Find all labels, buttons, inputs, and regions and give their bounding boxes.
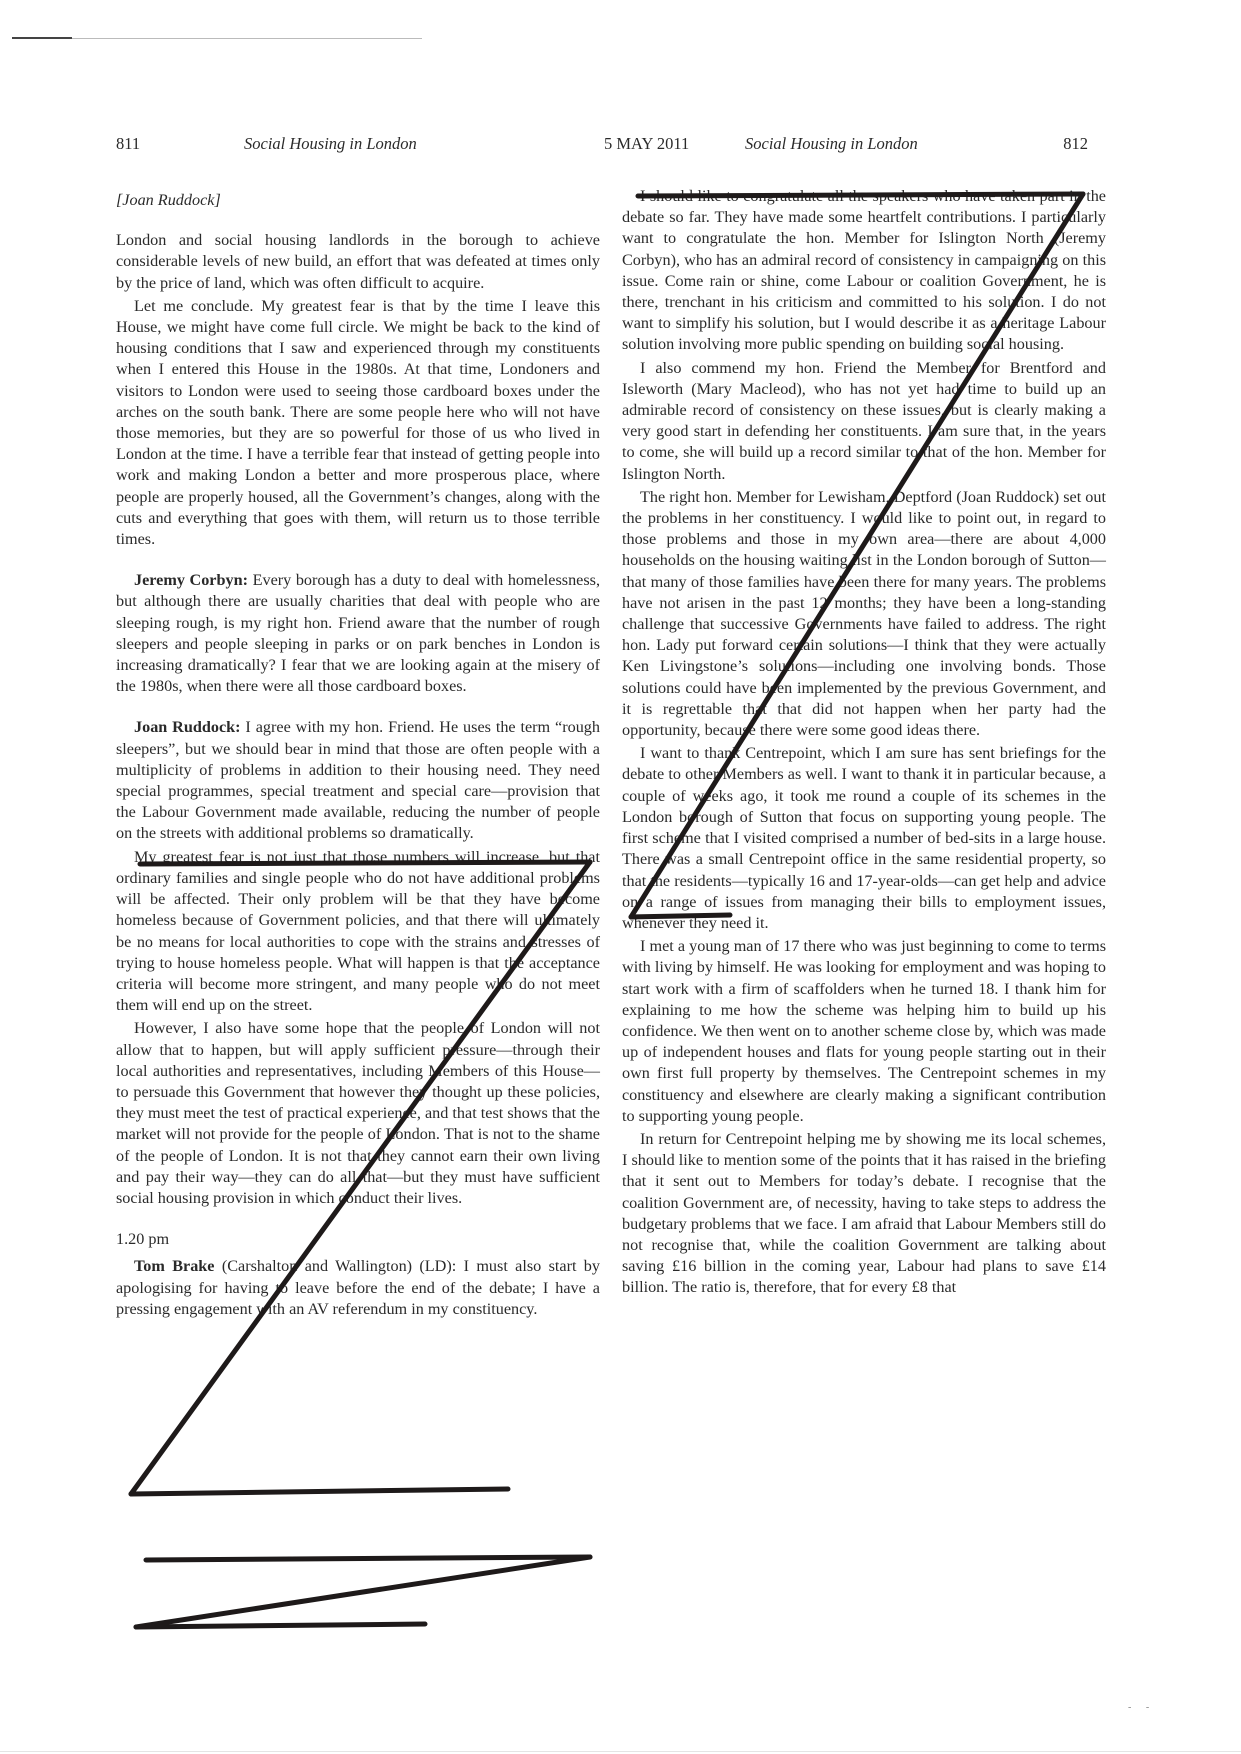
left-running-title: Social Housing in London [244, 134, 417, 154]
scan-artifact-marks: - - [1128, 1702, 1155, 1713]
scan-edge-line [12, 38, 422, 39]
paragraph: In return for Centrepoint helping me by … [622, 1129, 1106, 1299]
speaker-attribution: [Joan Ruddock] [116, 190, 600, 211]
right-column: I should like to congratulate all the sp… [622, 186, 1106, 1299]
sitting-date: 5 MAY 2011 [604, 134, 689, 154]
strike-line-brake-bottom [136, 1624, 425, 1627]
speech-text: Every borough has a duty to deal with ho… [116, 571, 600, 695]
speech-tom-brake: Tom Brake (Carshalton and Wallington) (L… [116, 1256, 600, 1320]
left-column: [Joan Ruddock] London and social housing… [116, 190, 600, 1320]
left-page-number: 811 [116, 134, 140, 154]
paragraph: London and social housing landlords in t… [116, 230, 600, 294]
page-header: 811 Social Housing in London 5 MAY 2011 … [116, 134, 1088, 158]
speaker-name: Joan Ruddock: [134, 718, 241, 736]
paragraph: I want to thank Centrepoint, which I am … [622, 743, 1106, 934]
speaker-name: Tom Brake [134, 1257, 215, 1275]
right-running-title: Social Housing in London [745, 134, 918, 154]
paragraph: I met a young man of 17 there who was ju… [622, 936, 1106, 1127]
strike-line-brake-top [146, 1557, 590, 1560]
speech-joan-ruddock: Joan Ruddock: I agree with my hon. Frien… [116, 717, 600, 844]
speaker-constituency: (Carshalton and Wallington) (LD): [215, 1257, 457, 1275]
speech-jeremy-corbyn: Jeremy Corbyn: Every borough has a duty … [116, 570, 600, 697]
right-page-number: 812 [1063, 134, 1088, 154]
speech-text: I agree with my hon. Friend. He uses the… [116, 718, 600, 842]
strike-diagonal-brake [136, 1557, 590, 1627]
paragraph: I should like to congratulate all the sp… [622, 186, 1106, 356]
strike-line-left-bottom [131, 1489, 508, 1494]
paragraph: The right hon. Member for Lewisham, Dept… [622, 487, 1106, 741]
speaker-name: Jeremy Corbyn: [134, 571, 248, 589]
paragraph: However, I also have some hope that the … [116, 1018, 600, 1209]
paragraph: My greatest fear is not just that those … [116, 847, 600, 1017]
paragraph: Let me conclude. My greatest fear is tha… [116, 296, 600, 550]
scan-bottom-edge [0, 1751, 1241, 1752]
paragraph: I also commend my hon. Friend the Member… [622, 358, 1106, 485]
time-stamp: 1.20 pm [116, 1229, 600, 1250]
